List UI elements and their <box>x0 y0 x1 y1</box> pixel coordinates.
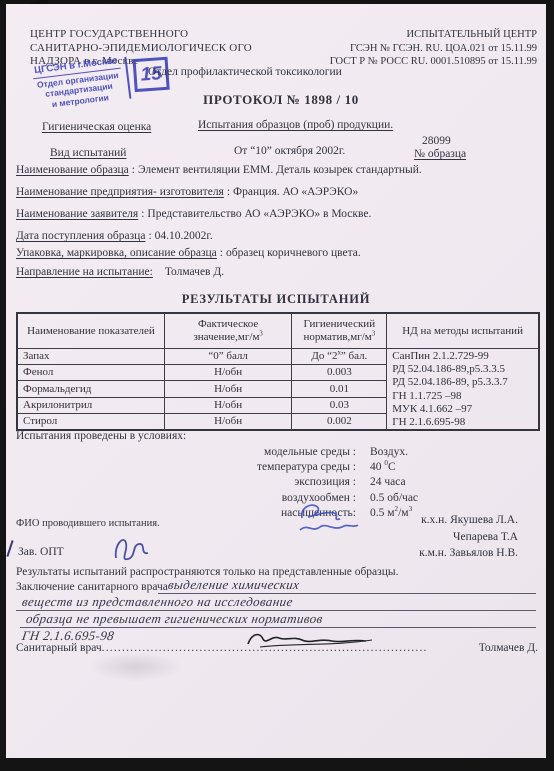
signatory-names: к.х.н. Якушева Л.А. Чепарева Т.А к.м.н. … <box>419 512 518 562</box>
results-table: Наименование показателей Фактическое зна… <box>16 312 540 431</box>
field-label: Наименование предприятия- изготовителя <box>16 186 224 198</box>
field-receipt-date: Дата поступления образца:04.10.2002г. <box>16 230 538 242</box>
actual-cell: Н/обн <box>164 413 291 430</box>
norm-cell: 0.03 <box>292 397 387 413</box>
doctor-name: Толмачев Д. <box>479 642 538 654</box>
indicator-cell: Формальдегид <box>17 381 164 397</box>
field-manufacturer: Наименование предприятия- изготовителя:Ф… <box>16 186 538 198</box>
indicator-cell: Стирол <box>17 413 164 430</box>
scan-smudge <box>88 652 183 682</box>
accreditation-line: ИСПЫТАТЕЛЬНЫЙ ЦЕНТР <box>330 28 537 42</box>
tester-signatures <box>294 502 368 547</box>
sample-number-label: № образца <box>414 148 466 160</box>
doctor-signature <box>244 628 376 659</box>
norm-cell: 0.003 <box>292 365 387 381</box>
indicator-cell: Акрилонитрил <box>17 397 164 413</box>
field-label: Упаковка, маркировка, описание образца <box>16 247 217 259</box>
field-applicant: Наименование заявителя:Представительство… <box>16 208 538 220</box>
field-label: Дата поступления образца <box>16 230 145 242</box>
indicator-cell: Запах <box>17 349 164 365</box>
field-value: Представительство АО «АЭРЭКО» в Москве. <box>147 208 371 220</box>
tests-of-samples-label: Испытания образцов (проб) продукции. <box>198 119 393 131</box>
actual-cell: Н/обн <box>164 397 291 413</box>
field-label: Наименование образца <box>16 164 129 176</box>
results-title: РЕЗУЛЬТАТЫ ИСПЫТАНИЙ <box>6 292 546 307</box>
handwritten-line: выделение химических <box>158 577 536 594</box>
org-line: ЦЕНТР ГОСУДАРСТВЕННОГО <box>30 28 252 42</box>
handwritten-line: веществ из представленного на исследован… <box>16 594 536 611</box>
condition-item: температура среды : 40 0С <box>16 460 418 475</box>
department-line: Отдел профилактической токсикологии <box>148 66 342 78</box>
norm-cell: 0.01 <box>292 381 387 397</box>
actual-cell: Н/обн <box>164 381 291 397</box>
norm-cell: 0.002 <box>292 413 387 430</box>
field-value: Франция. АО «АЭРЭКО» <box>233 186 358 198</box>
doctor-label: Санитарный врач <box>16 642 102 654</box>
sample-number: 28099 <box>422 135 451 147</box>
signatory-name: к.х.н. Якушева Л.А. <box>419 512 518 529</box>
accreditation-line: ГОСТ Р № РОСС RU. 0001.510895 от 15.11.9… <box>330 55 537 69</box>
field-value: Элемент вентиляции ЕММ. Деталь козырек с… <box>138 164 422 176</box>
field-label: Наименование заявителя <box>16 208 138 220</box>
field-label: Направление на испытание: <box>16 266 153 278</box>
test-type-label: Вид испытаний <box>50 147 126 159</box>
tester-fio-label: ФИО проводившего испытания. <box>16 518 160 529</box>
actual-cell: Н/обн <box>164 365 291 381</box>
nd-methods-cell: СанПин 2.1.2.729-99 РД 52.04.186-89,р5.3… <box>387 349 539 431</box>
protocol-date: От “10” октября 2002г. <box>234 145 345 157</box>
field-value: 04.10.2002г. <box>155 230 213 242</box>
protocol-page: ЦЕНТР ГОСУДАРСТВЕННОГО САНИТАРНО-ЭПИДЕМИ… <box>6 4 546 758</box>
col-actual: Фактическое значение,мг/м3 <box>164 313 291 349</box>
indicator-cell: Фенол <box>17 365 164 381</box>
table-row: Запах “0” балл До “2х” бал. СанПин 2.1.2… <box>17 349 539 365</box>
condition-item: экспозиция : 24 часа <box>16 475 418 490</box>
accreditation-line: ГСЭН № ГСЭН. RU. ЦОА.021 от 15.11.99 <box>330 42 537 56</box>
head-opt-label: Зав. ОПТ <box>18 546 64 558</box>
norm-cell: До “2х” бал. <box>292 349 387 365</box>
pen-slash-mark <box>6 540 13 557</box>
condition-item: модельные среды : Воздух. <box>16 445 418 460</box>
col-nd-methods: НД на методы испытаний <box>387 313 539 349</box>
col-indicator: Наименование показателей <box>17 313 164 349</box>
table-header-row: Наименование показателей Фактическое зна… <box>17 313 539 349</box>
field-value: Толмачев Д. <box>165 266 224 278</box>
field-referred-by: Направление на испытание:Толмачев Д. <box>16 266 538 278</box>
conclusion-label: Заключение санитарного врача <box>16 581 168 593</box>
handwritten-line: образца не превышает гигиенических норма… <box>20 611 536 628</box>
actual-cell: “0” балл <box>164 349 291 365</box>
scanned-protocol-document: ЦЕНТР ГОСУДАРСТВЕННОГО САНИТАРНО-ЭПИДЕМИ… <box>0 0 554 771</box>
test-center-accreditation: ИСПЫТАТЕЛЬНЫЙ ЦЕНТР ГСЭН № ГСЭН. RU. ЦОА… <box>330 28 537 69</box>
signatory-name: Чепарева Т.А <box>419 529 518 546</box>
col-norm: Гигиенический норматив,мг/м3 <box>292 313 387 349</box>
signatory-name: к.м.н. Завьялов Н.В. <box>419 545 518 562</box>
field-sample-name: Наименование образца:Элемент вентиляции … <box>16 164 538 176</box>
field-packaging: Упаковка, маркировка, описание образца:о… <box>16 247 538 259</box>
conditions-title: Испытания проведены в условиях: <box>16 430 186 442</box>
protocol-title: ПРОТОКОЛ № 1898 / 10 <box>6 92 546 108</box>
field-value: образец коричневого цвета. <box>226 247 361 259</box>
hygienic-evaluation-label: Гигиеническая оценка <box>42 121 151 133</box>
